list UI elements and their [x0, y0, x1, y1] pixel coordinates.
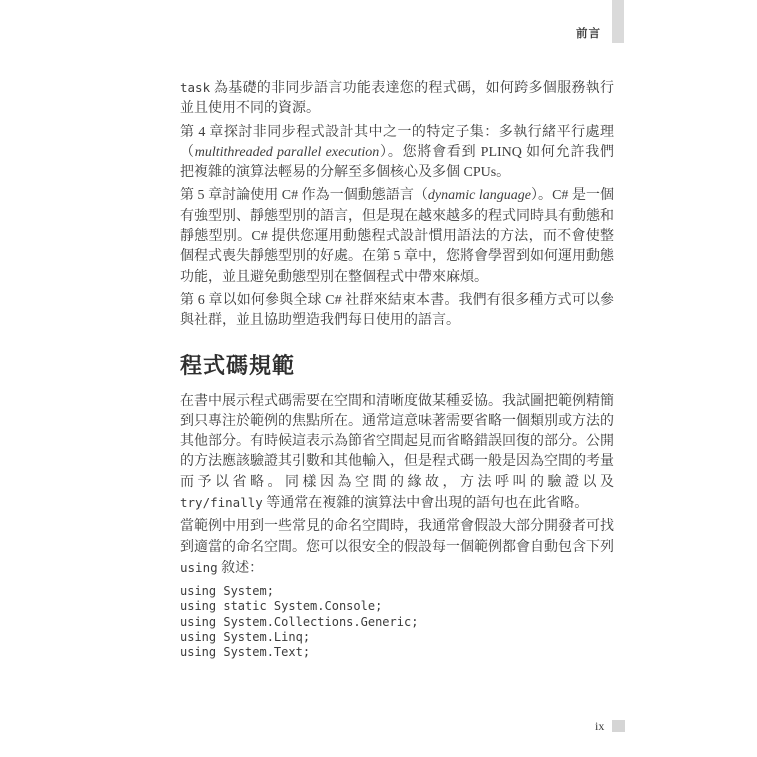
paragraph-code-tradeoffs: 在書中展示程式碼需要在空間和清晰度做某種妥協。我試圖把範例精簡到只專注於範例的焦… — [180, 392, 614, 515]
text-run: 第 5 章討論使用 C# 作為一個動態語言（ — [180, 188, 428, 203]
book-page: 前言 task 為基礎的非同步語言功能表達您的程式碼，如何跨多個服務執行並且使用… — [0, 0, 757, 757]
footer-decoration-square — [612, 720, 625, 732]
paragraph-chapter-6: 第 6 章以如何參與全球 C# 社群來結束本書。我們有很多種方式可以參與社群，並… — [180, 291, 614, 332]
paragraph-namespaces: 當範例中用到一些常見的命名空間時，我通常會假設大部分開發者可找到適當的命名空間。… — [180, 517, 614, 579]
text-run: 當範例中用到一些常見的命名空間時，我通常會假設大部分開發者可找到適當的命名空間。… — [180, 519, 614, 554]
code-block-using-statements: using System; using static System.Consol… — [180, 584, 614, 660]
inline-code: try/finally — [180, 495, 263, 510]
page-content: task 為基礎的非同步語言功能表達您的程式碼，如何跨多個服務執行並且使用不同的… — [180, 0, 614, 660]
emphasis-term: dynamic language — [428, 188, 531, 203]
emphasis-term: multithreaded parallel execution — [195, 145, 380, 160]
inline-code: using — [180, 560, 218, 575]
inline-code: task — [180, 80, 210, 95]
paragraph-task-intro: task 為基礎的非同步語言功能表達您的程式碼，如何跨多個服務執行並且使用不同的… — [180, 78, 614, 120]
footer-page-number: ix — [595, 719, 604, 734]
paragraph-chapter-4: 第 4 章探討非同步程式設計其中之一的特定子集：多執行緒平行處理（multith… — [180, 123, 614, 184]
text-run: 第 6 章以如何參與全球 C# 社群來結束本書。我們有很多種方式可以參與社群，並… — [180, 293, 614, 328]
section-heading-code-conventions: 程式碼規範 — [180, 352, 614, 379]
text-run: 在書中展示程式碼需要在空間和清晰度做某種妥協。我試圖把範例精簡到只專注於範例的焦… — [180, 394, 614, 490]
text-run: 等通常在複雜的演算法中會出現的語句也在此省略。 — [263, 496, 589, 511]
text-run: 為基礎的非同步語言功能表達您的程式碼，如何跨多個服務執行並且使用不同的資源。 — [180, 81, 614, 116]
text-run: 敘述： — [218, 561, 264, 576]
paragraph-chapter-5: 第 5 章討論使用 C# 作為一個動態語言（dynamic language）。… — [180, 186, 614, 287]
